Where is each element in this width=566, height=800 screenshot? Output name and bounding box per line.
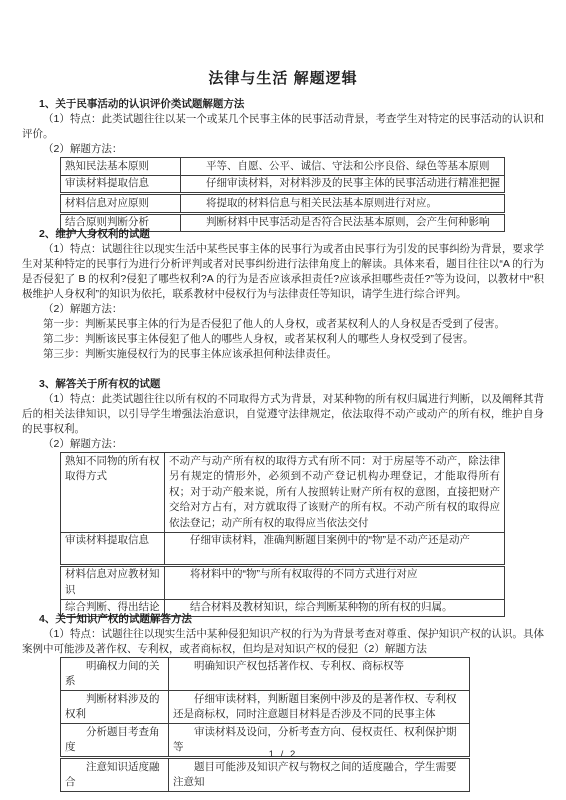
table-cell-value: 将材料中的“物”与所有权取得的不同方式进行对应	[165, 565, 505, 599]
section-2-method-label: （2）解题方法：	[22, 302, 544, 317]
table-row: 审读材料提取信息 仔细审读材料，准确判断题目案例中的“物”是不动产还是动产	[61, 532, 505, 565]
section-4: 4、关于知识产权的试题解答方法 （1）特点：试题往往以现实生活中某种侵犯知识产权…	[22, 612, 544, 792]
page-number: 1 / 2	[0, 749, 566, 760]
table-cell-key: 判断材料涉及的权利	[61, 691, 169, 724]
section-1-table: 熟知民法基本原则 平等、自愿、公平、诚信、守法和公序良俗、绿色等基本原则 审读材…	[60, 157, 505, 232]
section-4-heading: 4、关于知识产权的试题解答方法	[22, 612, 544, 627]
table-cell-key: 材料信息对应教材知识	[61, 565, 165, 599]
section-1: 1、关于民事活动的认识评价类试题解题方法 （1）特点：此类试题往往以某一个或某几…	[22, 97, 544, 232]
table-cell-key: 注意知识适度融合	[61, 758, 169, 792]
table-cell-key: 审读材料提取信息	[61, 532, 165, 565]
solution-step-1: 第一步：判断某民事主体的行为是否侵犯了他人的人身权，或者某权利人的人身权是否受到…	[22, 317, 544, 332]
solution-step-2: 第二步：判断该民事主体侵犯了他人的哪些人身权，或者某权利人的哪些人身权受到了侵害…	[22, 332, 544, 347]
section-3-heading: 3、解答关于所有权的试题	[22, 377, 544, 392]
table-cell-key: 材料信息对应原则	[61, 194, 181, 214]
section-3: 3、解答关于所有权的试题 （1）特点：此类试题往往以所有权的不同取得方式为背景，…	[22, 377, 544, 617]
section-4-table: 明确权力间的关系 明确知识产权包括著作权、专利权、商标权等 判断材料涉及的权利 …	[60, 657, 470, 792]
table-cell-value: 将提取的材料信息与相关民法基本原则进行对应。	[181, 194, 505, 214]
table-cell-value: 仔细审读材料，对材料涉及的民事主体的民事活动进行精准把握	[181, 175, 505, 194]
section-2-heading: 2、维护人身权利的试题	[22, 227, 544, 242]
table-cell-key: 熟知不同物的所有权取得方式	[61, 453, 165, 533]
table-cell-value: 仔细审读材料，判断题目案例中涉及的是著作权、专利权还是商标权，同时注意题目材料是…	[169, 691, 470, 724]
section-2: 2、维护人身权利的试题 （1）特点：试题往往以现实生活中某些民事主体的民事行为或…	[22, 227, 544, 362]
table-cell-key: 明确权力间的关系	[61, 658, 169, 691]
section-1-method-label: （2）解题方法：	[22, 142, 544, 157]
table-cell-key: 熟知民法基本原则	[61, 158, 181, 176]
table-cell-key: 审读材料提取信息	[61, 175, 181, 194]
table-cell-value: 题目可能涉及知识产权与物权之间的适度融合，学生需要注意知	[169, 758, 470, 792]
table-cell-value: 仔细审读材料，准确判断题目案例中的“物”是不动产还是动产	[165, 532, 505, 565]
solution-step-3: 第三步：判断实施侵权行为的民事主体应该承担何种法律责任。	[22, 347, 544, 362]
table-row: 明确权力间的关系 明确知识产权包括著作权、专利权、商标权等	[61, 658, 470, 691]
table-row: 审读材料提取信息 仔细审读材料，对材料涉及的民事主体的民事活动进行精准把握	[61, 175, 505, 194]
section-3-feature: （1）特点：此类试题往往以所有权的不同取得方式为背景，对某种物的所有权归属进行判…	[22, 392, 544, 437]
table-row: 注意知识适度融合 题目可能涉及知识产权与物权之间的适度融合，学生需要注意知	[61, 758, 470, 792]
table-cell-value: 不动产与动产所有权的取得方式有所不同：对于房屋等不动产，除法律另有规定的情形外，…	[165, 453, 505, 533]
table-row: 材料信息对应原则 将提取的材料信息与相关民法基本原则进行对应。	[61, 194, 505, 214]
table-cell-value: 平等、自愿、公平、诚信、守法和公序良俗、绿色等基本原则	[181, 158, 505, 176]
table-cell-value: 明确知识产权包括著作权、专利权、商标权等	[169, 658, 470, 691]
table-row: 熟知不同物的所有权取得方式 不动产与动产所有权的取得方式有所不同：对于房屋等不动…	[61, 453, 505, 533]
section-2-feature: （1）特点：试题往往以现实生活中某些民事主体的民事行为或者由民事行为引发的民事纠…	[22, 242, 544, 302]
section-1-heading: 1、关于民事活动的认识评价类试题解题方法	[22, 97, 544, 112]
document-page: 法律与生活 解题逻辑 1、关于民事活动的认识评价类试题解题方法 （1）特点：此类…	[0, 0, 566, 800]
table-row: 熟知民法基本原则 平等、自愿、公平、诚信、守法和公序良俗、绿色等基本原则	[61, 158, 505, 176]
page-title: 法律与生活 解题逻辑	[0, 67, 566, 88]
section-3-table: 熟知不同物的所有权取得方式 不动产与动产所有权的取得方式有所不同：对于房屋等不动…	[60, 452, 505, 617]
table-row: 材料信息对应教材知识 将材料中的“物”与所有权取得的不同方式进行对应	[61, 565, 505, 599]
section-4-feature: （1）特点：试题往往以现实生活中某种侵犯知识产权的行为为背景考查对尊重、保护知识…	[22, 627, 544, 657]
section-1-feature: （1）特点：此类试题往往以某一个或某几个民事主体的民事活动背景，考查学生对特定的…	[22, 112, 544, 142]
table-row: 判断材料涉及的权利 仔细审读材料，判断题目案例中涉及的是著作权、专利权还是商标权…	[61, 691, 470, 724]
section-3-method-label: （2）解题方法：	[22, 437, 544, 452]
